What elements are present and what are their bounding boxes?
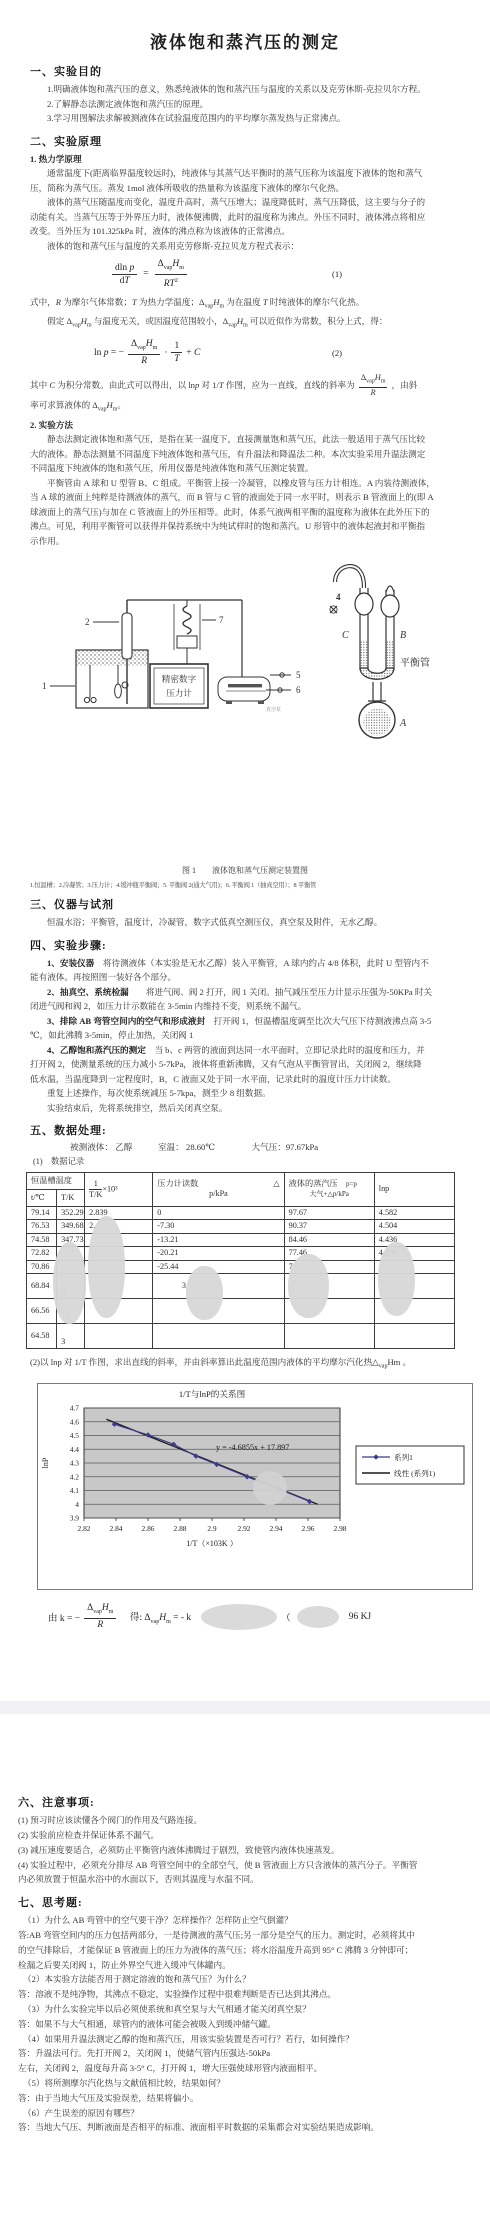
text-line: 压，简称为蒸气压。蒸发 1mol 液体所吸收的热量称为该温度下液体的摩尔气化热。	[30, 181, 460, 196]
table-cell: 76.53	[27, 1220, 57, 1234]
pressure-gauge-box	[150, 664, 208, 708]
text-line: 1、安装仪器 将待测液体（本实验是无水乙醇）装入平衡管，A 球内约占 4/8 体…	[30, 956, 460, 971]
bulb-c	[355, 593, 373, 615]
heat-of-vaporization-line: 由 k = − ΔvapHmR 得: ΔvapHm = - k （ 96 KJ	[48, 1602, 460, 1631]
header-t-kelvin: T/K	[57, 1189, 85, 1206]
legend-entry: 系列1	[394, 1452, 413, 1462]
text-line: （3）为什么实验完毕以后必须使系统和真空泵与大气相通才能关闭真空泵？	[18, 2002, 460, 2017]
text-line: （2）本实验方法能否用于测定溶液的饱和蒸气压？为什么？	[18, 1972, 460, 1987]
header-bath-temp: 恒温槽温度	[27, 1172, 85, 1189]
page-two: 六、注意事项: (1) 预习时应该读懂各个阀门的作用及气路连接。(2) 实验前应…	[18, 1794, 460, 2135]
bath-water-surface	[77, 651, 147, 666]
label-7: 7	[219, 615, 224, 625]
section-heading-data: 五、数据处理:	[30, 1122, 460, 1138]
y-tick-label: 4.3	[70, 1459, 80, 1468]
table-cell: -20.21	[153, 1247, 284, 1261]
fraction: ΔvapHmRT2	[155, 258, 187, 290]
text-line: 假定 ΔvapHm 与温度无关，或因温度范围较小，ΔvapHm 可以近似作为常数…	[30, 314, 460, 333]
tank-slot	[228, 684, 262, 687]
text-line: 不同温度下纯液体的饱和蒸气压，所用仪器是纯液体饱和蒸气压测定装置。	[30, 461, 460, 476]
inline-fraction: ΔvapHmR	[359, 373, 388, 398]
y-tick-label: 4.6	[70, 1418, 80, 1427]
fraction: ΔvapHmR	[84, 1602, 116, 1631]
smudge	[297, 1606, 339, 1628]
tank-foot	[226, 701, 232, 704]
table-cell	[153, 1324, 284, 1349]
table-cell: 66.56	[27, 1299, 57, 1324]
sample-info-line: 被测液体： 乙醇 室温： 28.60℃ 大气压：97.67kPa	[70, 1141, 460, 1153]
text-line: 3、排除 AB 弯管空间内的空气和形成液封 打开阀 1，恒温槽温度调至比次大气压…	[30, 1014, 460, 1029]
equation-2: ln p = − ΔvapHmR · 1T + C (2)	[94, 338, 460, 367]
data-table-wrap: 恒温槽温度 1T/K×10³ 压力计读数△ p/kPa 液体的蒸汽压 p=p 大…	[26, 1172, 455, 1350]
steps-lines: 1、安装仪器 将待测液体（本实验是无水乙醇）装入平衡管，A 球内约占 4/8 体…	[30, 956, 460, 1116]
text-line: 液体的饱和蒸气压与温度的关系用克劳修斯-克拉贝龙方程式表示：	[30, 239, 460, 254]
table-row: 76.53349.682.-7.3090.374.504	[27, 1220, 455, 1234]
section-heading-instruments: 三、仪器与试剂	[30, 896, 460, 912]
purpose-lines: 1.明确液体饱和蒸汽压的意义，熟悉纯液体的饱和蒸汽压与温度的关系以及克劳休斯-克…	[30, 82, 460, 126]
section-heading-notes: 六、注意事项:	[18, 1794, 460, 1810]
text-line: 闭进气阀和阀 2，如压力计示数能在 3-5min 内维持不变，则系统不漏气。	[30, 999, 460, 1014]
table-cell: 0	[153, 1206, 284, 1220]
plot-instruction-line: (2)以 lnp 对 1/T 作图，求出直线的斜率，并由斜率算出此温度范围内液体…	[30, 1355, 460, 1374]
text-line: 4、乙醇饱和蒸汽压的测定 当 b、c 两管的液面到达同一水平面时，立即记录此时的…	[30, 1043, 460, 1058]
text-line: 平衡管由 A 球和 U 型管 B、C 组成。平衡管上接一冷凝管，以橡皮管与压力计…	[30, 476, 460, 491]
header-gauge-reading: 压力计读数△ p/kPa	[153, 1172, 284, 1206]
text-line: 2、抽真空、系统检漏 将进气阀、阀 2 打开，阀 1 关闭。抽气减压至压力计显示…	[30, 985, 460, 1000]
u-bend	[360, 668, 394, 679]
text-line: 内必须放置于恒温水浴中的水面以下，否则其温度与水温不同。	[18, 1872, 460, 1887]
header-t-celsius: t/℃	[27, 1189, 57, 1206]
principle-lines: 通常温度下(距离临界温度较远时)，纯液体与其蒸气达平衡时的蒸气压称为该温度下液体…	[30, 166, 460, 253]
text-line: 静态法测定液体饱和蒸气压，是指在某一温度下，直接测量饱和蒸气压，此法一般适用于蒸…	[30, 432, 460, 447]
y-tick-label: 4.2	[70, 1473, 80, 1482]
x-tick-label: 2.84	[110, 1524, 123, 1533]
text-line: 3.学习用图解法求解被测液体在试验温度范围内的平均摩尔蒸发热与正常沸点。	[30, 111, 460, 126]
text-line: 当 A 球的液面上纯粹是待测液体的蒸气，而 B 管与 C 管的液面处于同一水平时…	[30, 490, 460, 505]
table-cell: -25.44	[153, 1260, 284, 1274]
chart-frame: 3.944.14.24.34.44.54.64.72.822.842.862.8…	[37, 1383, 473, 1590]
table-cell: 4.436	[374, 1233, 454, 1247]
equation-1: dln pdT = ΔvapHmRT2 (1)	[108, 258, 460, 290]
subheading-thermodynamics: 1. 热力学原理	[30, 152, 460, 167]
liquid-b	[387, 640, 394, 670]
table-cell: 70.86	[27, 1260, 57, 1274]
table-cell: 352.29	[57, 1206, 85, 1220]
table-cell: 97.67	[284, 1206, 374, 1220]
text-line: (1) 预习时应该读懂各个阀门的作用及气路连接。	[18, 1813, 460, 1828]
text-line: (4) 实验过程中，必须充分排尽 AB 弯管空间中的全部空气，使 B 管液面上方…	[18, 1858, 460, 1873]
smudge	[53, 1242, 86, 1324]
header-lnp: lnp	[374, 1172, 454, 1206]
y-tick-label: 4.4	[70, 1445, 80, 1454]
text-line: 改变。当外压为 101.325kPa 时，液体的沸点称为该液体的正常沸点。	[30, 224, 460, 239]
chart-title: 1/T与lnP的关系图	[179, 1388, 245, 1399]
text-line: (2) 实验前应检查并保证体系不漏气。	[18, 1828, 460, 1843]
questions-lines: （1）为什么 AB 弯管中的空气要干净？怎样操作？怎样防止空气倒灌？答:AB 弯…	[18, 1913, 460, 2135]
label-5: 5	[296, 670, 301, 680]
text-line: 左右，关闭阀 2，温度每升高 3-5° C，打开阀 1，增大压强使球形管内液面相…	[18, 2061, 460, 2076]
x-tick-label: 2.86	[142, 1524, 155, 1533]
condenser-jacket	[122, 613, 132, 659]
smudge	[378, 1242, 415, 1316]
subheading-method: 2. 实验方法	[30, 418, 460, 433]
table-cell	[85, 1324, 153, 1349]
smudge	[253, 1471, 287, 1505]
table-cell: 3	[57, 1324, 85, 1349]
header-inverse-t: 1T/K×10³	[85, 1172, 153, 1206]
section-heading-principle: 二、实验原理	[30, 133, 460, 149]
swan-neck-inner	[335, 566, 364, 588]
text-line: 沸点。可见，利用平衡管可以获得并保持系统中为纯试样时的饱和蒸汽。U 形管中的液体…	[30, 519, 460, 534]
text-line: 示作用。	[30, 534, 460, 549]
text-line: 2.了解静态法测定液体饱和蒸汽压的原理。	[30, 97, 460, 112]
table-cell: -13.21	[153, 1233, 284, 1247]
spring-coil	[183, 606, 191, 634]
table-cell: -7.30	[153, 1220, 284, 1234]
label-1: 1	[42, 681, 47, 691]
text-line: 1.明确液体饱和蒸汽压的意义，熟悉纯液体的饱和蒸汽压与温度的关系以及克劳休斯-克…	[30, 82, 460, 97]
text-line: 答：由于当地大气压及实验误差，结果将偏小。	[18, 2091, 460, 2106]
table-cell: 90.37	[284, 1220, 374, 1234]
buffer-tank	[218, 677, 270, 701]
y-tick-label: 3.9	[70, 1514, 80, 1523]
x-tick-label: 2.96	[302, 1524, 315, 1533]
header-vapor-pressure: 液体的蒸汽压 p=p 大气+△p/kPa	[284, 1172, 374, 1206]
text-line: （6）产生误差的原因有哪些？	[18, 2106, 460, 2121]
label-C: C	[342, 630, 349, 641]
x-tick-label: 2.92	[238, 1524, 251, 1533]
label-6: 6	[296, 685, 301, 695]
document-page: 液体饱和蒸汽压的测定 一、实验目的 1.明确液体饱和蒸汽压的意义，熟悉纯液体的饱…	[0, 0, 490, 2135]
x-tick-label: 2.98	[334, 1524, 347, 1533]
smudge	[201, 1604, 277, 1630]
text-line: 球液面上的蒸气压)与加在 C 管液面上的外压相等。此时，体系气液两相平衡的温度称…	[30, 505, 460, 520]
bulb-b	[381, 595, 399, 617]
stirrer-paddle	[91, 697, 96, 702]
y-tick-label: 4	[75, 1500, 79, 1509]
notes-lines: (1) 预习时应该读懂各个阀门的作用及气路连接。(2) 实验前应检查并保证体系不…	[18, 1813, 460, 1887]
text-line: ℃，如此沸腾 3-5min，停止加热，关闭阀 1	[30, 1028, 460, 1043]
text-line: 通常温度下(距离临界温度较远时)，纯液体与其蒸气达平衡时的蒸气压称为该温度下液体…	[30, 166, 460, 181]
gauge-label-line2: 压力计	[166, 687, 192, 698]
text-line: 答：如果不与大气相通，球管内的液体可能会被吸入到缓冲储气罐。	[18, 2017, 460, 2032]
label-A: A	[399, 718, 407, 729]
equation-number: (1)	[332, 269, 342, 279]
flask-liquid	[364, 709, 391, 736]
table-cell: 349.68	[57, 1220, 85, 1234]
sensor-box	[177, 636, 197, 648]
table-cell: 64.58	[27, 1324, 57, 1349]
equation-number: (2)	[332, 348, 342, 358]
text-line: 检漏之后要关闭阀 1，防止外界空气进入缓冲气体罐内。	[18, 1958, 460, 1973]
table-cell: 4.504	[374, 1220, 454, 1234]
slope-sentence: 其中 C 为积分常数。由此式可以得出，以 lnp 对 1/T 作图，应为一直线，…	[30, 372, 460, 398]
table-cell: 2.839	[85, 1206, 153, 1220]
text-line: （1）为什么 AB 弯管中的空气要干净？怎样操作？怎样防止空气倒灌？	[18, 1913, 460, 1928]
table-row: 64.58 3	[27, 1324, 455, 1349]
y-tick-label: 4.5	[70, 1431, 80, 1440]
thermometer-bulb	[115, 684, 122, 698]
text-line: 答：升温法可行。先打开阀 2，关闭阀 1，使储气管内压强达-50kPa	[18, 2046, 460, 2061]
text-line: 答:AB 弯管空间内的压力包括两部分，一是待测液的蒸气压;另一部分是空气的压力。…	[18, 1928, 460, 1943]
section-heading-steps: 四、实验步骤:	[30, 937, 460, 953]
text-line: 答：溶液不是纯净物，其沸点不稳定，实验操作过程中很难判断是否已达到其沸点。	[18, 1987, 460, 2002]
smudge	[186, 1266, 223, 1320]
table-cell: 74.58	[27, 1233, 57, 1247]
legend-box	[356, 1446, 464, 1484]
lnp-vs-inverse-t-chart: 3.944.14.24.34.44.54.64.72.822.842.862.8…	[38, 1384, 470, 1584]
smudge	[88, 1216, 125, 1318]
text-line: （4）如果用升温法测定乙醇的饱和蒸汽压，用该实验装置是否可行？若行，如何操作？	[18, 2032, 460, 2047]
text-line: 率可求算液体的 ΔvapHm。	[30, 398, 460, 417]
section-heading-questions: 七、思考题:	[18, 1894, 460, 1910]
x-tick-label: 2.88	[174, 1524, 187, 1533]
label-B: B	[400, 630, 406, 641]
data-record-label: (1) 数据记录	[33, 1155, 460, 1170]
x-tick-label: 2.82	[78, 1524, 91, 1533]
tank-foot	[258, 701, 264, 704]
section-heading-purpose: 一、实验目的	[30, 63, 460, 79]
instruments-line: 恒温水浴；平衡管，温度计，冷凝管，数字式低真空测压仪，真空泵及附件，无水乙醇。	[30, 915, 460, 930]
y-axis-label: lnP	[41, 1457, 50, 1468]
text-line: 低水温，当温度降到一定程度时，B，C 液面又处于同一水平面，记录此时的温度计压力…	[30, 1072, 460, 1087]
table-cell: 79.14	[27, 1206, 57, 1220]
text-line: （5）将所测摩尔汽化热与文献值相比较，结果如何？	[18, 2076, 460, 2091]
text-line: 打开阀 2，使测量系统的压力减小 5-7kPa，液体将重新沸腾，又有气泡从平衡管…	[30, 1057, 460, 1072]
fraction: 1T	[171, 340, 182, 365]
table-cell: 84.46	[284, 1233, 374, 1247]
text-line: 式中，R 为摩尔气体常数；T 为热力学温度；ΔvapHm 为在温度 T 时纯液体…	[30, 295, 460, 314]
pump-label: 真空泵	[266, 706, 281, 713]
fraction: ΔvapHmR	[128, 338, 160, 367]
gauge-label-line1: 精密数字	[162, 673, 197, 684]
figure-apparatus: 1 2 7	[30, 558, 460, 889]
x-tick-label: 2.94	[270, 1524, 283, 1533]
balance-tube-label: 平衡管	[400, 656, 430, 669]
page-separator	[0, 1701, 490, 1714]
figure-caption: 图 1 液体饱和蒸气压测定装置图	[30, 865, 460, 876]
page-title: 液体饱和蒸汽压的测定	[30, 28, 460, 53]
table-cell: 4.582	[374, 1206, 454, 1220]
text-line: 答：当地大气压、判断液面是否相平的标准、液面相平时数据的采集都会对实验结果造成影…	[18, 2120, 460, 2135]
tube-top	[386, 586, 394, 592]
label-2: 2	[85, 617, 90, 627]
liquid-c	[361, 640, 368, 670]
text-line: 实验结束后，先将系统排空，然后关闭真空泵。	[30, 1101, 460, 1116]
method-lines: 静态法测定液体饱和蒸气压，是指在某一温度下，直接测量饱和蒸气压，此法一般适用于蒸…	[30, 432, 460, 548]
text-line: 能有液体。再按照图一装好各个部分。	[30, 970, 460, 985]
y-tick-label: 4.7	[70, 1404, 80, 1413]
fraction: dln pdT	[112, 262, 137, 287]
text-line: (3) 减压速度要适合，必须防止平衡管内液体沸腾过于剧烈，致使管内液体快速蒸发。	[18, 1843, 460, 1858]
x-axis-label: 1/T（×103K ）	[186, 1539, 237, 1548]
text-line: 液体的蒸气压随温度而变化，温度升高时，蒸气压增大；温度降低时，蒸气压降低，这主要…	[30, 195, 460, 210]
apparatus-diagram: 1 2 7	[30, 558, 464, 858]
table-cell: 72.82	[27, 1247, 57, 1261]
text-line: 动能有关。当蒸气压等于外界压力时，液体便沸腾，此时的温度称为沸点。外压不同时，液…	[30, 210, 460, 225]
table-row: 79.14352.292.839097.674.582	[27, 1206, 455, 1220]
table-cell	[374, 1324, 454, 1349]
stirrer-paddle	[84, 697, 89, 702]
y-tick-label: 4.1	[70, 1486, 80, 1495]
figure-legend: 1.恒温槽；2.冷凝管；3.压力计；4.缓冲瓶平衡阀；5. 平衡阀 2(通大气用…	[30, 880, 460, 889]
text-line: 大的液体。静态法测量不同温度下纯液体饱和蒸气压，有升温法和降温法二种。本次实验采…	[30, 447, 460, 462]
text-line: 重复上述操作，每次使系统减压 5-7kpa，测至少 8 组数据。	[30, 1086, 460, 1101]
legend-entry: 线性 (系列1)	[394, 1468, 436, 1478]
label-4: 4	[336, 592, 341, 602]
trendline-equation: y = -4.6855x + 17.897	[216, 1443, 289, 1452]
x-tick-label: 2.9	[207, 1524, 217, 1533]
text-line: 的空气排除后，才能保证 B 管液面上的压力为液体的蒸气压；将水浴温度升高到 95…	[18, 1943, 460, 1958]
smudge	[288, 1254, 329, 1318]
table-cell	[284, 1324, 374, 1349]
